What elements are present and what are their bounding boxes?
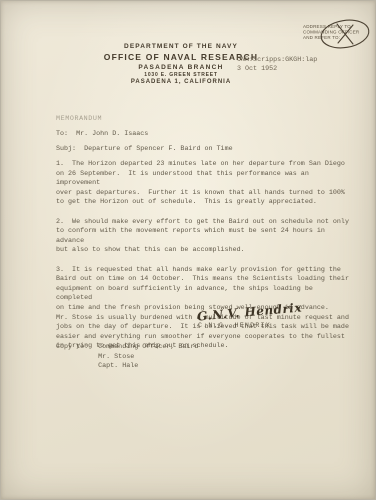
copy-to-label: Copy to: bbox=[56, 343, 88, 372]
letterhead-department: DEPARTMENT OF THE NAVY bbox=[1, 43, 361, 50]
copy-to-item: Commanding Officer, Baird bbox=[98, 343, 198, 353]
paragraph-2: 2. We should make every effort to get th… bbox=[56, 218, 352, 256]
memo-heading: MEMORANDUM bbox=[56, 115, 102, 125]
copy-to-list: Commanding Officer, Baird Mr. Stose Capt… bbox=[98, 343, 198, 372]
reference-block: ONR:Scripps:GKGH:lap 3 Oct 1952 bbox=[237, 56, 317, 74]
subject-label: Subj: bbox=[56, 145, 76, 153]
typed-signature-name: C.N.G. HENDRIX bbox=[198, 322, 271, 332]
to-label: To: bbox=[56, 130, 68, 138]
paragraph-1: 1. The Horizon departed 23 minutes late … bbox=[56, 160, 352, 208]
memo-page: ADDRESS REPLY TO COMMANDING OFFICER AND … bbox=[1, 1, 375, 499]
copy-to-item: Capt. Hale bbox=[98, 362, 198, 372]
subject-value: Departure of Spencer F. Baird on Time bbox=[84, 145, 233, 153]
reference-line: ONR:Scripps:GKGH:lap bbox=[237, 56, 317, 65]
subject-spacer bbox=[76, 145, 84, 153]
date-line: 3 Oct 1952 bbox=[237, 65, 317, 74]
to-line: To: Mr. John D. Isaacs bbox=[56, 130, 148, 140]
copy-to-block: Copy to: Commanding Officer, Baird Mr. S… bbox=[56, 343, 198, 372]
to-value: Mr. John D. Isaacs bbox=[76, 130, 148, 138]
subject-line: Subj: Departure of Spencer F. Baird on T… bbox=[56, 145, 233, 155]
copy-to-item: Mr. Stose bbox=[98, 353, 198, 363]
letterhead-city: PASADENA 1, CALIFORNIA bbox=[1, 79, 361, 85]
to-spacer bbox=[68, 130, 76, 138]
